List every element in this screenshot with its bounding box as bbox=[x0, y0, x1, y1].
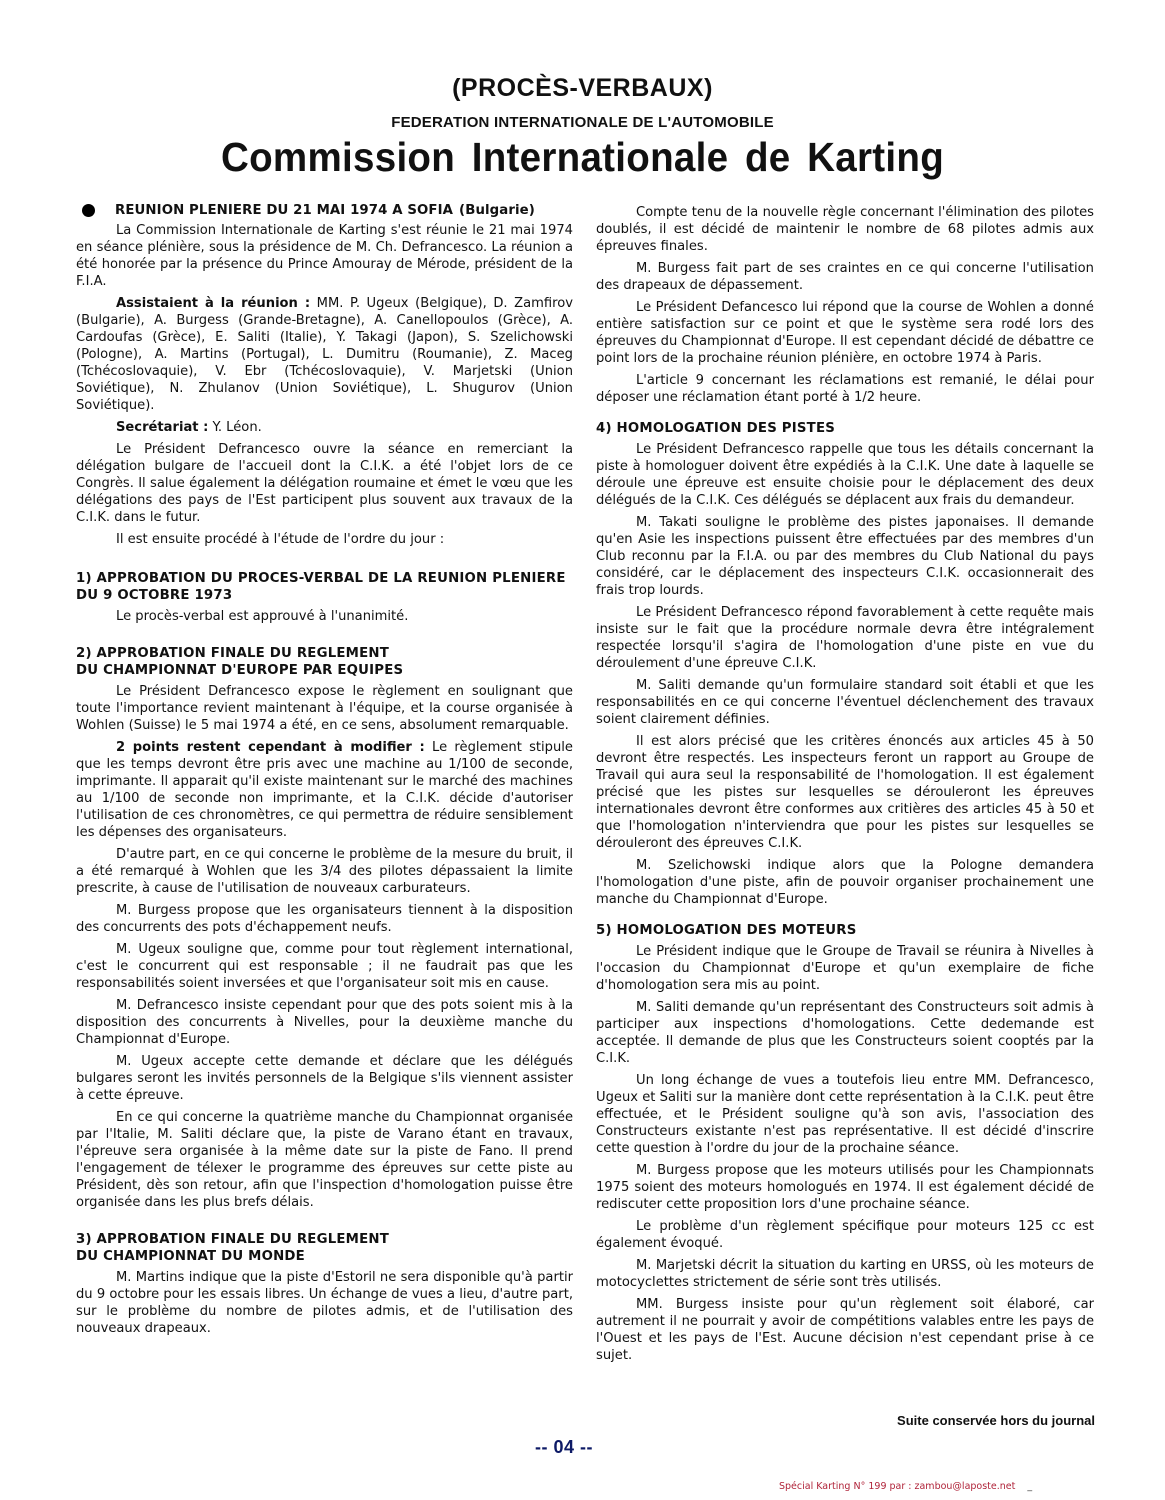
secretariat-paragraph: Secrétariat : Y. Léon. bbox=[76, 419, 573, 436]
section-5-paragraph: Un long échange de vues a toutefois lieu… bbox=[596, 1072, 1094, 1157]
section-3-paragraph: Le Président Defancesco lui répond que l… bbox=[596, 299, 1094, 367]
section-5-paragraph: MM. Burgess insiste pour qu'un règlement… bbox=[596, 1296, 1094, 1364]
section-2-heading-line2: DU CHAMPIONNAT D'EUROPE PAR EQUIPES bbox=[76, 662, 573, 679]
section-2-text: Le règlement stipule que les temps devro… bbox=[76, 740, 573, 840]
section-5-paragraph: M. Marjetski décrit la situation du kart… bbox=[596, 1257, 1094, 1291]
left-column: REUNION PLENIERE DU 21 MAI 1974 A SOFIA … bbox=[76, 202, 573, 1342]
section-4-paragraph: M. Takati souligne le problème des piste… bbox=[596, 514, 1094, 599]
section-3-paragraph: Compte tenu de la nouvelle règle concern… bbox=[596, 204, 1094, 255]
section-3-heading-line1: 3) APPROBATION FINALE DU REGLEMENT bbox=[76, 1231, 573, 1248]
right-column: Compte tenu de la nouvelle règle concern… bbox=[596, 204, 1094, 1369]
section-4-paragraph: M. Szelichowski indique alors que la Pol… bbox=[596, 857, 1094, 908]
section-3-paragraph: M. Burgess fait part de ses craintes en … bbox=[596, 260, 1094, 294]
section-2-paragraph: M. Ugeux souligne que, comme pour tout r… bbox=[76, 941, 573, 992]
section-2-paragraph: En ce qui concerne la quatrième manche d… bbox=[76, 1109, 573, 1211]
credit-line: Spécial Karting N° 199 par : zambou@lapo… bbox=[779, 1481, 1032, 1492]
section-5-paragraph: M. Burgess propose que les moteurs utili… bbox=[596, 1162, 1094, 1213]
section-2-paragraph: 2 points restent cependant à modifier : … bbox=[76, 739, 573, 841]
section-2-paragraph: M. Defrancesco insiste cependant pour qu… bbox=[76, 997, 573, 1048]
meeting-intro: La Commission Internationale de Karting … bbox=[76, 222, 573, 290]
agenda-intro: Il est ensuite procédé à l'étude de l'or… bbox=[76, 531, 573, 548]
organization-heading: FEDERATION INTERNATIONALE DE L'AUTOMOBIL… bbox=[0, 114, 1165, 131]
section-3-paragraph: M. Martins indique que la piste d'Estori… bbox=[76, 1269, 573, 1337]
attendees-paragraph: Assistaient à la réunion : MM. P. Ugeux … bbox=[76, 295, 573, 414]
section-2-heading-line1: 2) APPROBATION FINALE DU REGLEMENT bbox=[76, 645, 573, 662]
section-4-paragraph: M. Saliti demande qu'un formulaire stand… bbox=[596, 677, 1094, 728]
secretariat-name: Y. Léon. bbox=[213, 420, 262, 435]
document-page: (PROCÈS-VERBAUX) FEDERATION INTERNATIONA… bbox=[0, 0, 1165, 1500]
credit-trail: _ bbox=[1027, 1481, 1032, 1492]
section-4-paragraph: Il est alors précisé que les critères én… bbox=[596, 733, 1094, 852]
section-4-paragraph: Le Président Defrancesco rappelle que to… bbox=[596, 441, 1094, 509]
section-1-paragraph: Le procès-verbal est approuvé à l'unanim… bbox=[76, 608, 573, 625]
bullet-icon bbox=[82, 204, 95, 217]
section-5-heading: 5) HOMOLOGATION DES MOTEURS bbox=[596, 922, 1094, 939]
section-3-heading: 3) APPROBATION FINALE DU REGLEMENT DU CH… bbox=[76, 1231, 573, 1265]
attendees-label: Assistaient à la réunion : bbox=[116, 296, 310, 311]
meeting-heading: REUNION PLENIERE DU 21 MAI 1974 A SOFIA … bbox=[76, 202, 573, 219]
secretariat-label: Secrétariat : bbox=[116, 420, 208, 435]
section-2-paragraph: Le Président Defrancesco expose le règle… bbox=[76, 683, 573, 734]
meeting-heading-text: REUNION PLENIERE DU 21 MAI 1974 A SOFIA bbox=[115, 202, 453, 219]
section-5-paragraph: M. Saliti demande qu'un représentant des… bbox=[596, 999, 1094, 1067]
section-4-paragraph: Le Président Defrancesco répond favorabl… bbox=[596, 604, 1094, 672]
section-3-paragraph: L'article 9 concernant les réclamations … bbox=[596, 372, 1094, 406]
opening-paragraph: Le Président Defrancesco ouvre la séance… bbox=[76, 441, 573, 526]
section-2-bold-label: 2 points restent cependant à modifier : bbox=[116, 740, 425, 755]
page-number: -- 04 -- bbox=[535, 1437, 593, 1458]
credit-text: Spécial Karting N° 199 par : zambou@lapo… bbox=[779, 1481, 1015, 1492]
continuation-note: Suite conservée hors du journal bbox=[845, 1413, 1095, 1428]
section-1-heading: 1) APPROBATION DU PROCES-VERBAL DE LA RE… bbox=[76, 570, 573, 604]
section-2-paragraph: D'autre part, en ce qui concerne le prob… bbox=[76, 846, 573, 897]
section-2-heading: 2) APPROBATION FINALE DU REGLEMENT DU CH… bbox=[76, 645, 573, 679]
meeting-location: (Bulgarie) bbox=[459, 202, 535, 219]
section-5-paragraph: Le Président indique que le Groupe de Tr… bbox=[596, 943, 1094, 994]
section-2-paragraph: M. Burgess propose que les organisateurs… bbox=[76, 902, 573, 936]
section-4-heading: 4) HOMOLOGATION DES PISTES bbox=[596, 420, 1094, 437]
page-title: Commission Internationale de Karting bbox=[35, 134, 1130, 181]
section-3-heading-line2: DU CHAMPIONNAT DU MONDE bbox=[76, 1248, 573, 1265]
kicker-heading: (PROCÈS-VERBAUX) bbox=[0, 74, 1165, 103]
attendees-list: MM. P. Ugeux (Belgique), D. Zamfirov (Bu… bbox=[76, 296, 573, 413]
section-2-paragraph: M. Ugeux accepte cette demande et déclar… bbox=[76, 1053, 573, 1104]
section-5-paragraph: Le problème d'un règlement spécifique po… bbox=[596, 1218, 1094, 1252]
